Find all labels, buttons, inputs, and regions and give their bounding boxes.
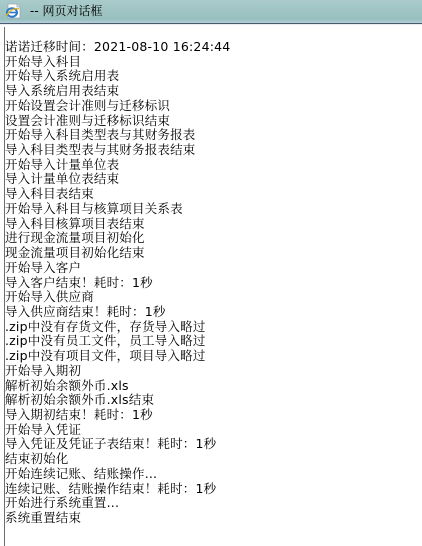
log-line: 导入凭证及凭证子表结束！耗时：1秒 [5,437,230,452]
log-line: 解析初始余额外币.xls结束 [5,393,230,408]
log-line: 结束初始化 [5,452,230,467]
window-title: -- 网页对话框 [30,4,102,19]
log-line: 系统重置结束 [5,511,230,526]
ie-icon [5,3,21,19]
log-line: 连续记账、结账操作结束！耗时：1秒 [5,482,230,497]
log-line: 开始导入科目类型表与其财务报表 [5,128,230,143]
log-line: 导入期初结束！耗时：1秒 [5,408,230,423]
log-line: 诺诺迁移时间：2021-08-10 16:24:44 [5,40,230,55]
log-line: 开始设置会计准则与迁移标识 [5,99,230,114]
log-line: .zip中没有项目文件，项目导入略过 [5,349,230,364]
dialog-window: -- 网页对话框 诺诺迁移时间：2021-08-10 16:24:44 开始导入… [0,0,422,546]
dialog-content: 诺诺迁移时间：2021-08-10 16:24:44 开始导入科目 开始导入系统… [0,24,422,546]
log-line: 导入科目核算项目表结束 [5,217,230,232]
log-line: 开始进行系统重置... [5,496,230,511]
log-line: .zip中没有员工文件，员工导入略过 [5,334,230,349]
log-line: 开始导入凭证 [5,423,230,438]
log-line: 导入计量单位表结束 [5,172,230,187]
log-line: 开始导入计量单位表 [5,158,230,173]
title-bar[interactable]: -- 网页对话框 [0,0,422,24]
log-line: 开始导入科目与核算项目关系表 [5,202,230,217]
log-line: 进行现金流量项目初始化 [5,231,230,246]
log-line: 开始导入供应商 [5,290,230,305]
log-line: 开始导入期初 [5,364,230,379]
log-line: 导入客户结束！耗时：1秒 [5,276,230,291]
log-line: 开始导入系统启用表 [5,69,230,84]
log-line: 开始连续记账、结账操作... [5,467,230,482]
log-line: 开始导入科目 [5,55,230,70]
log-line: 导入科目类型表与其财务报表结束 [5,143,230,158]
log-line: 设置会计准则与迁移标识结束 [5,114,230,129]
log-line: 解析初始余额外币.xls [5,379,230,394]
log-line: 开始导入客户 [5,261,230,276]
log-line: 导入供应商结束！耗时：1秒 [5,305,230,320]
log-line: 现金流量项目初始化结束 [5,246,230,261]
log-line: .zip中没有存货文件，存货导入略过 [5,320,230,335]
log-line: 导入系统启用表结束 [5,84,230,99]
migration-log: 诺诺迁移时间：2021-08-10 16:24:44 开始导入科目 开始导入系统… [5,40,230,526]
log-line: 导入科目表结束 [5,187,230,202]
